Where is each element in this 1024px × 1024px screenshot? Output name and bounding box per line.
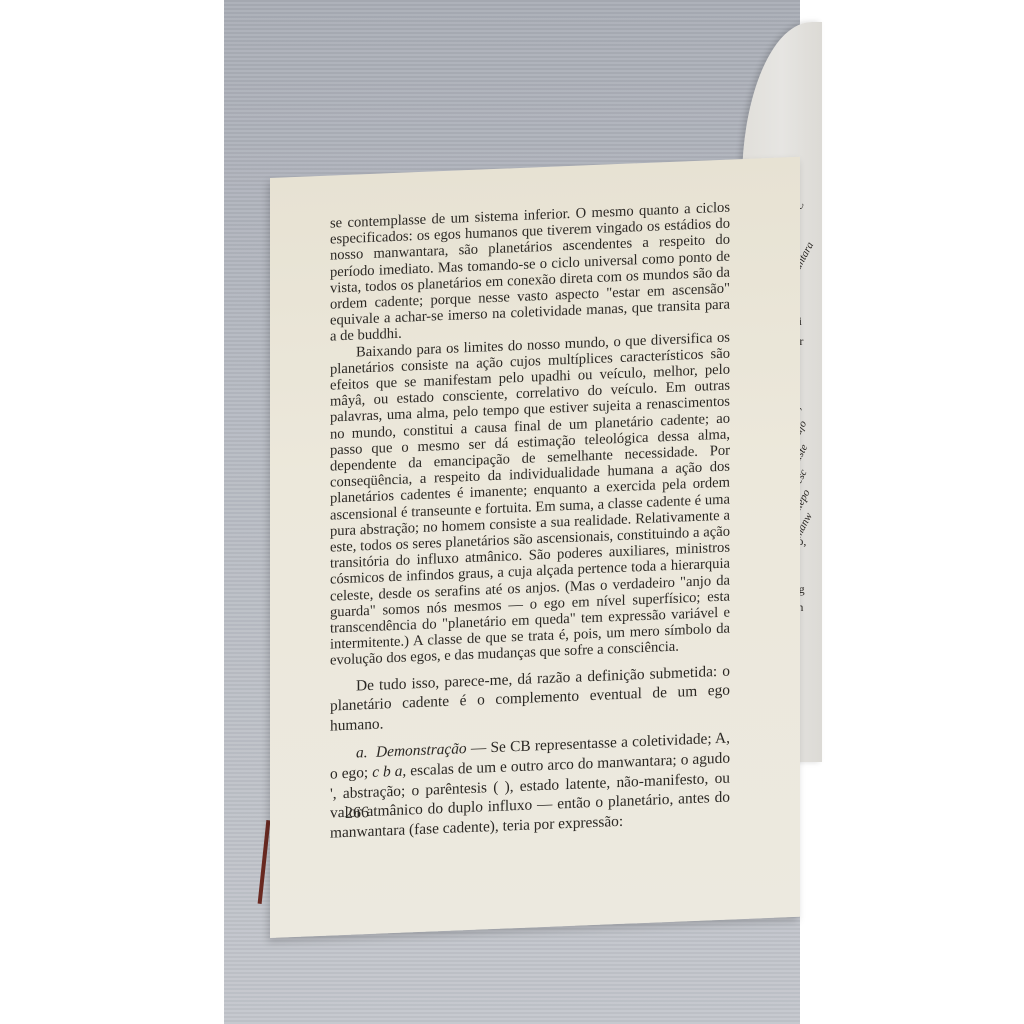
paragraph: Baixando para os limites do nosso mundo,… <box>330 329 730 669</box>
page-body: se contemplasse de um sistema inferior. … <box>330 200 730 844</box>
demonstration-paragraph: a. Demonstração — Se CB representasse a … <box>330 729 730 844</box>
book-page: se contemplasse de um sistema inferior. … <box>270 157 800 938</box>
page-number: 266 <box>345 804 369 823</box>
demonstration-label: a. <box>356 744 368 761</box>
demonstration-title: Demonstração <box>376 740 467 761</box>
paragraph: De tudo isso, parece-me, dá razão a defi… <box>330 661 730 736</box>
paragraph: se contemplasse de um sistema inferior. … <box>330 200 730 346</box>
demonstration-letters: c b a, <box>372 762 406 780</box>
